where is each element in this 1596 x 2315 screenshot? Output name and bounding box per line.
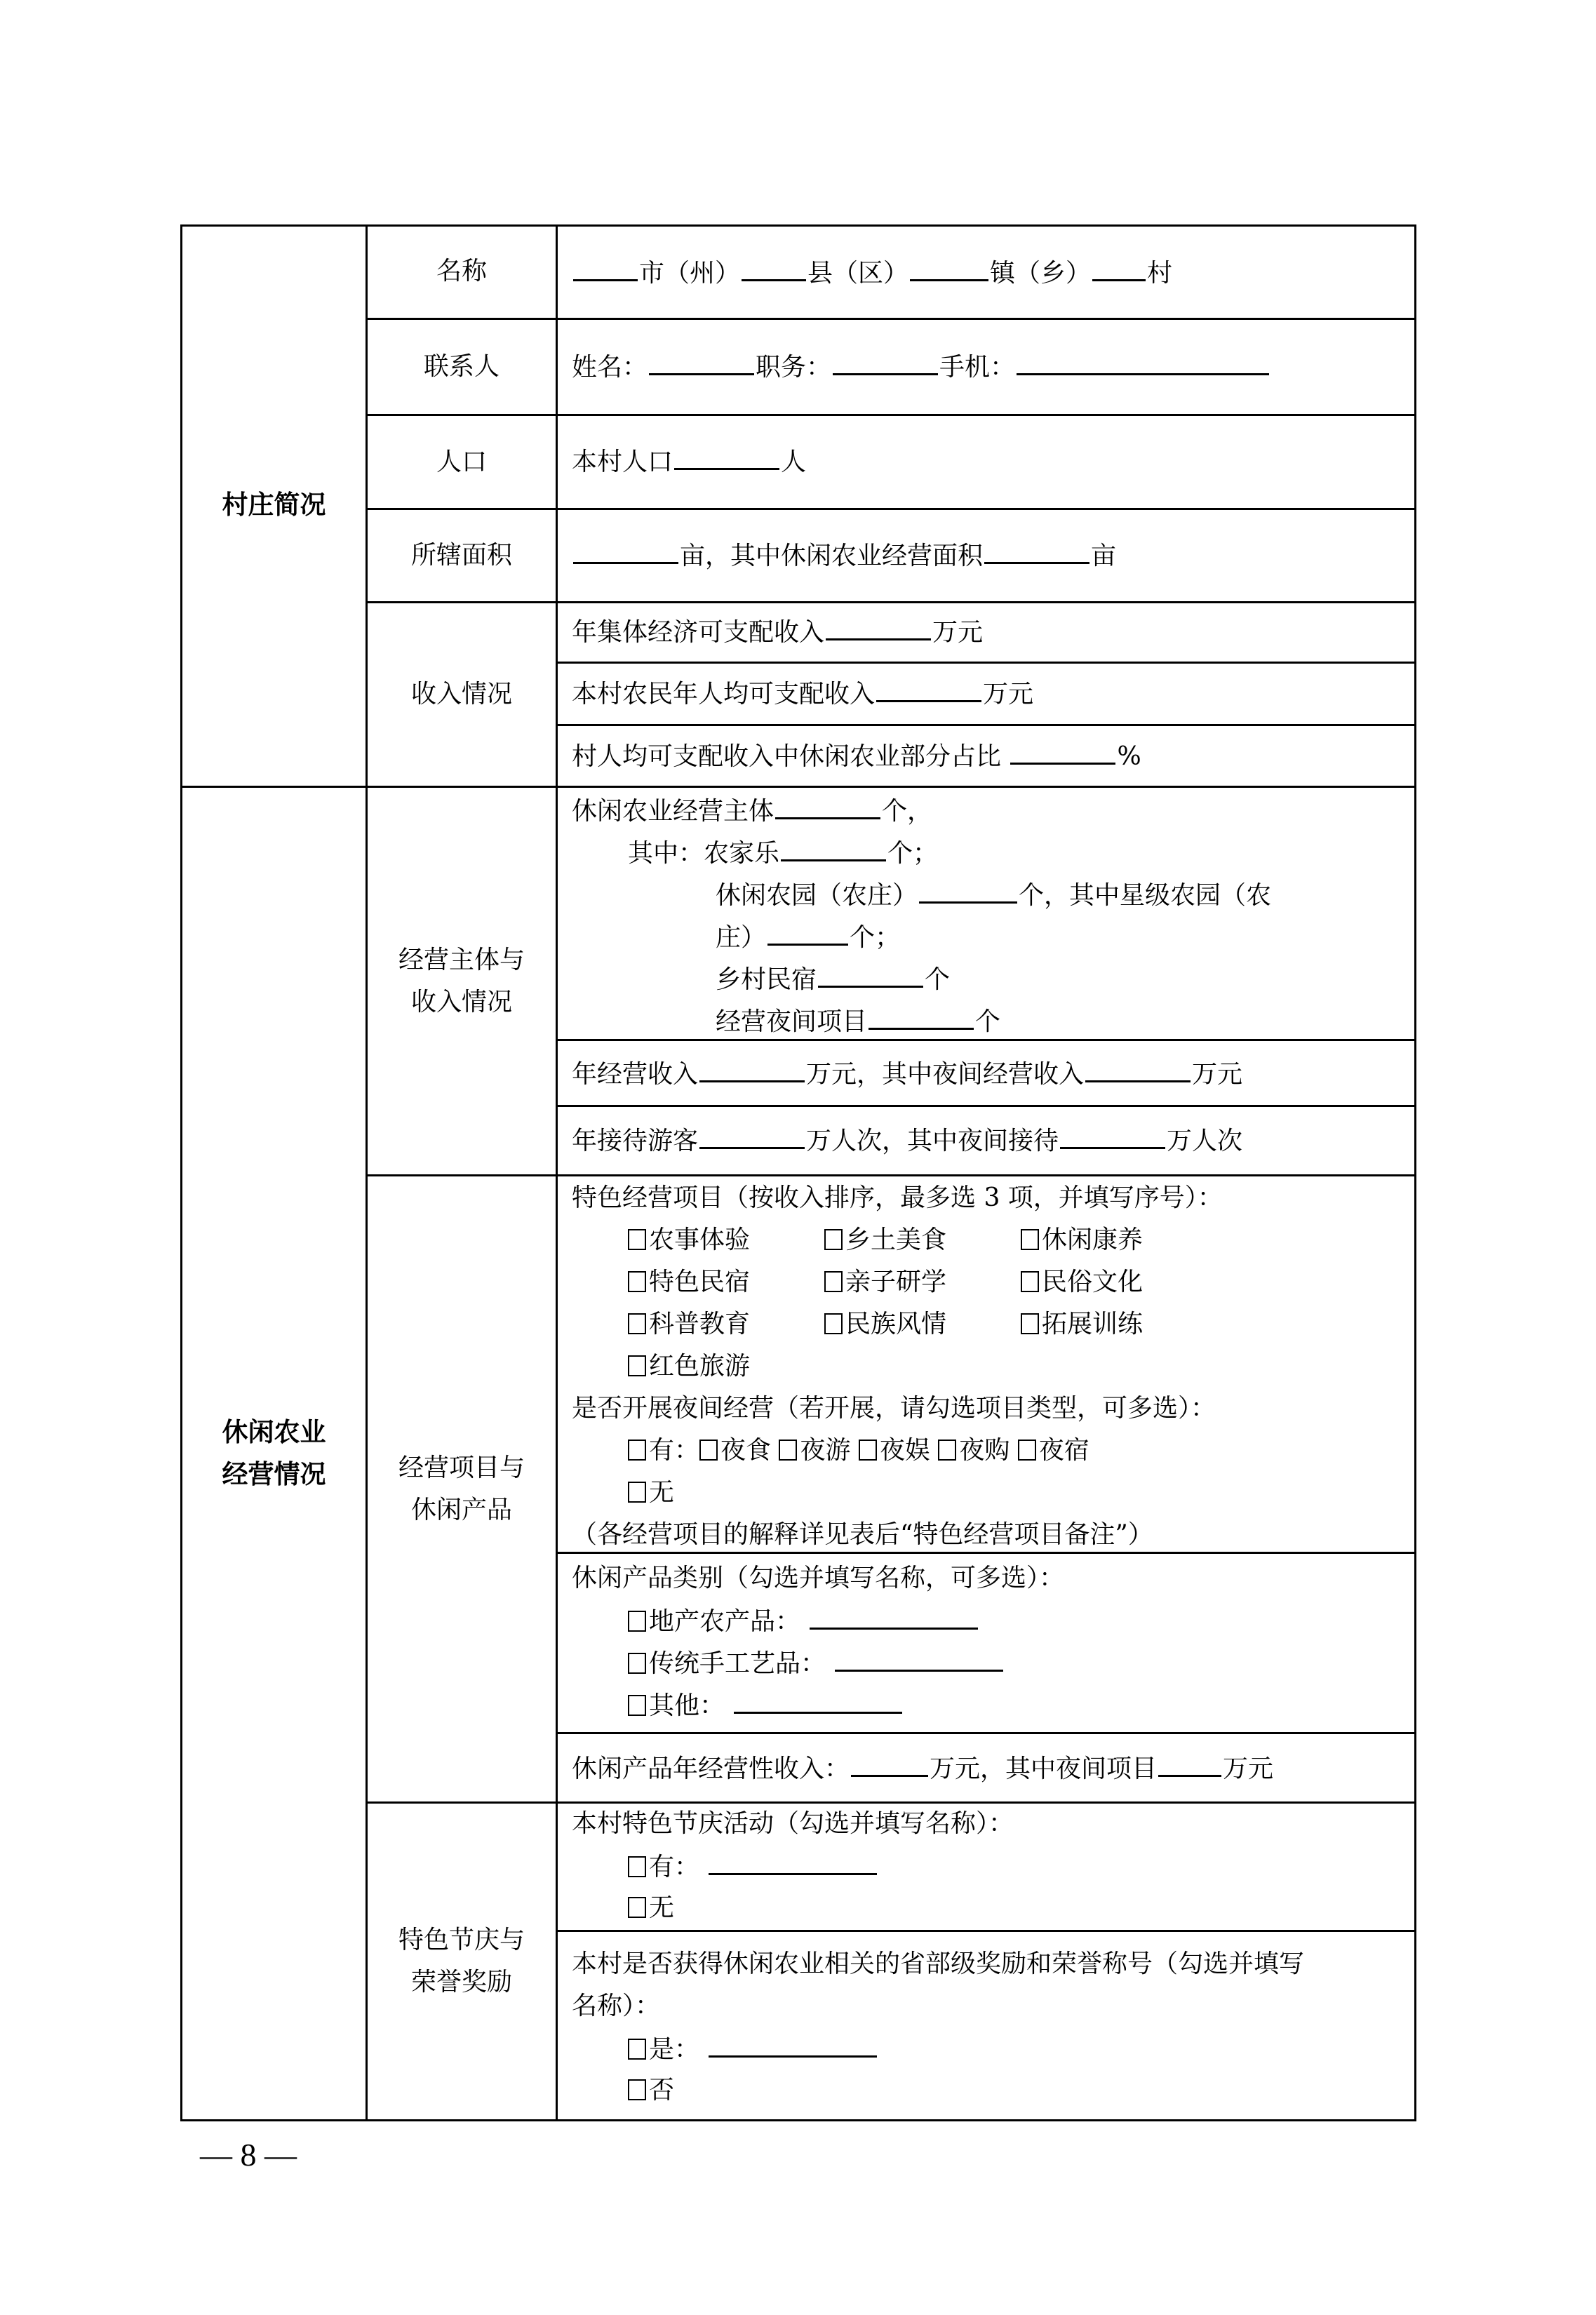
handicraft-input[interactable] [835,1642,1003,1672]
label-area: 所辖面积 [368,510,556,601]
checkbox-icon[interactable] [699,1440,718,1461]
annual-visitors-input[interactable] [699,1119,805,1149]
leisure-area-input[interactable] [984,534,1089,564]
total-area-input[interactable] [573,534,678,564]
farmhouse-count-input[interactable] [781,831,886,861]
checkbox-icon[interactable] [628,2079,646,2100]
option-wellness[interactable]: 休闲康养 [1021,1219,1143,1261]
village-input[interactable] [1092,251,1146,281]
section-title-leisure: 休闲农业 经营情况 [182,788,366,2119]
annual-visitors-row: 年接待游客万人次，其中夜间接待万人次 [572,1119,1242,1162]
leisure-share-input[interactable] [1010,734,1115,765]
checkbox-icon[interactable] [628,1856,646,1877]
area-field-row: 亩，其中休闲农业经营面积亩 [572,534,1116,577]
contact-phone-input[interactable] [1017,345,1269,375]
night-project-count-input[interactable] [869,1000,974,1030]
collective-income-input[interactable] [826,610,931,640]
product-income-row: 休闲产品年经营性收入：万元，其中夜间项目万元 [572,1747,1273,1790]
night-yes-option[interactable]: 有： [628,1430,699,1472]
section-divider [180,786,1416,788]
checkbox-icon[interactable] [824,1229,843,1250]
annual-revenue-row: 年经营收入万元，其中夜间经营收入万元 [572,1052,1242,1096]
leisure-farm-count-input[interactable] [919,873,1017,904]
label-festivals: 特色节庆与 荣誉奖励 [368,1804,556,2119]
night-visitors-input[interactable] [1060,1119,1165,1149]
contact-title-input[interactable] [833,345,938,375]
contact-field-row: 姓名：职务：手机： [572,345,1270,389]
homestay-count-input[interactable] [818,958,923,988]
option-featured-homestay[interactable]: 特色民宿 [628,1261,824,1303]
option-science-education[interactable]: 科普教育 [628,1303,824,1346]
annual-revenue-input[interactable] [699,1052,805,1082]
night-revenue-input[interactable] [1085,1052,1191,1082]
option-red-tourism[interactable]: 红色旅游 [628,1346,750,1388]
night-entertainment-option[interactable]: 夜娱 [859,1430,930,1472]
label-entities: 经营主体与 收入情况 [368,788,556,1174]
entities-block: 休闲农业经营主体个， 其中：农家乐个； 休闲农园（农庄）个，其中星级农园（农 庄… [572,789,1271,1042]
collective-income-row: 年集体经济可支配收入万元 [572,610,983,654]
checkbox-icon[interactable] [628,1653,646,1674]
product-income-input[interactable] [851,1747,928,1777]
checkbox-icon[interactable] [938,1440,956,1461]
label-name: 名称 [368,224,556,318]
option-farming-experience[interactable]: 农事体验 [628,1219,824,1261]
option-family-study[interactable]: 亲子研学 [824,1261,1021,1303]
checkbox-icon[interactable] [628,1482,646,1503]
checkbox-icon[interactable] [1021,1229,1039,1250]
leisure-share-row: 村人均可支配收入中休闲农业部分占比 % [572,734,1141,778]
label-projects: 经营项目与 休闲产品 [368,1176,556,1801]
checkbox-icon[interactable] [628,1611,646,1632]
entity-count-input[interactable] [775,789,880,819]
night-stay-option[interactable]: 夜宿 [1018,1430,1089,1472]
town-input[interactable] [910,251,988,281]
checkbox-icon[interactable] [824,1271,843,1292]
population-field-row: 本村人口人 [572,440,806,483]
other-product-input[interactable] [734,1684,902,1714]
document-page: 村庄简况 名称 联系人 人口 所辖面积 收入情况 市（州）县（区）镇（乡）村 姓… [0,0,1596,2315]
row-divider [556,1732,1416,1734]
award-block: 本村是否获得休闲农业相关的省部级奖励和荣誉称号（勾选并填写 名称）： 是： 否 [572,1943,1304,2112]
checkbox-icon[interactable] [1021,1313,1039,1334]
option-local-cuisine[interactable]: 乡土美食 [824,1219,1021,1261]
festival-name-input[interactable] [709,1845,877,1875]
county-input[interactable] [742,251,806,281]
row-divider [556,1930,1416,1932]
night-food-option[interactable]: 夜食 [699,1430,771,1472]
local-produce-input[interactable] [810,1599,978,1630]
row-divider [556,724,1416,726]
contact-name-input[interactable] [649,345,754,375]
checkbox-icon[interactable] [628,1229,646,1250]
night-no-option[interactable]: 无 [628,1472,674,1514]
page-number: — 8 — [200,2136,297,2173]
section-title-village: 村庄简况 [182,224,366,786]
checkbox-icon[interactable] [779,1440,797,1461]
product-categories-block: 休闲产品类别（勾选并填写名称，可多选）： 地产农产品： 传统手工艺品： 其他： [572,1557,1064,1726]
checkbox-icon[interactable] [859,1440,877,1461]
name-field-row: 市（州）县（区）镇（乡）村 [572,251,1172,295]
checkbox-icon[interactable] [628,2039,646,2060]
product-night-income-input[interactable] [1158,1747,1221,1777]
night-shopping-option[interactable]: 夜购 [938,1430,1010,1472]
award-name-input[interactable] [709,2027,877,2058]
per-capita-income-input[interactable] [876,672,981,702]
label-contact: 联系人 [368,320,556,414]
checkbox-icon[interactable] [628,1897,646,1918]
label-income: 收入情况 [368,603,556,786]
label-population: 人口 [368,416,556,508]
night-tour-option[interactable]: 夜游 [779,1430,850,1472]
checkbox-icon[interactable] [1018,1440,1036,1461]
city-input[interactable] [573,251,638,281]
festival-block: 本村特色节庆活动（勾选并填写名称）： 有： 无 [572,1803,1014,1929]
option-ethnic-customs[interactable]: 民族风情 [824,1303,1021,1346]
per-capita-income-row: 本村农民年人均可支配收入万元 [572,672,1033,716]
checkbox-icon[interactable] [628,1355,646,1376]
checkbox-icon[interactable] [628,1440,646,1461]
checkbox-icon[interactable] [628,1271,646,1292]
checkbox-icon[interactable] [628,1313,646,1334]
checkbox-icon[interactable] [628,1695,646,1716]
population-input[interactable] [674,440,779,470]
row-divider [556,1105,1416,1107]
checkbox-icon[interactable] [1021,1271,1039,1292]
star-farm-count-input[interactable] [767,915,848,946]
featured-projects-block: 特色经营项目（按收入排序，最多选 3 项，并填写序号）： 农事体验乡土美食休闲康… [572,1177,1223,1556]
row-divider [556,662,1416,664]
option-outdoor-training[interactable]: 拓展训练 [1021,1303,1143,1346]
checkbox-icon[interactable] [824,1313,843,1334]
option-folk-culture[interactable]: 民俗文化 [1021,1261,1143,1303]
